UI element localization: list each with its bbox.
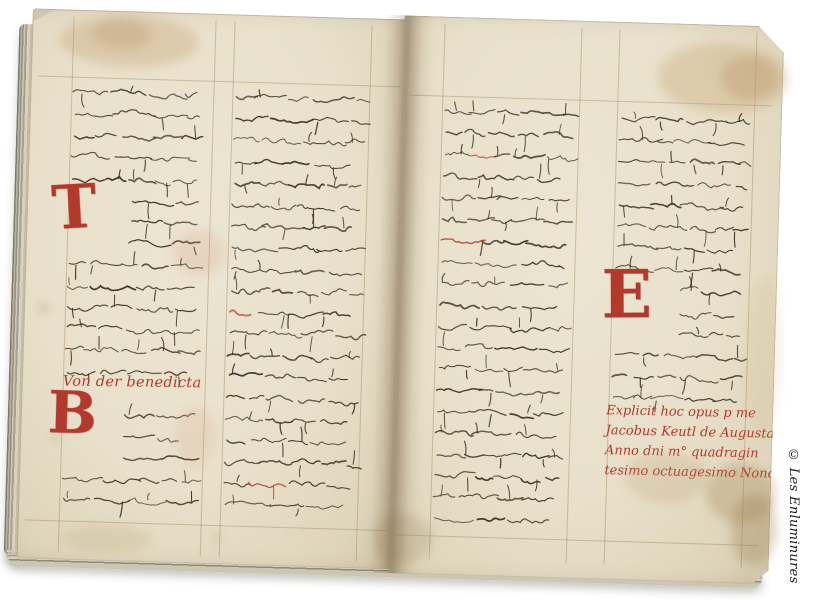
manuscript-page-left: T Von der benedicta B (17, 8, 407, 569)
gothic-script-text (418, 99, 583, 543)
red-colophon: Explicit hoc opus p me Jacobus Keutl de … (604, 401, 748, 485)
red-initial-T: T (50, 179, 98, 235)
red-initial-B: B (47, 386, 98, 440)
gothic-script-text (221, 85, 374, 529)
photo-credit-watermark: © Les Enluminures (786, 448, 801, 600)
manuscript-page-right: E Explicit hoc opus p me Jacobus Keutl d… (388, 15, 784, 584)
text-column-3 (418, 99, 583, 543)
text-column-2 (221, 85, 374, 529)
red-initial-E: E (601, 265, 652, 325)
folded-corner (33, 9, 53, 22)
open-manuscript-book: T Von der benedicta B E Exp (3, 4, 785, 588)
gothic-script-text (43, 80, 216, 525)
colophon-line: tesimo octuagesimo Nono (604, 461, 746, 484)
text-column-1: T Von der benedicta B (43, 80, 216, 525)
manuscript-photograph: T Von der benedicta B E Exp (0, 0, 822, 600)
text-column-4: E Explicit hoc opus p me Jacobus Keutl d… (595, 106, 757, 520)
